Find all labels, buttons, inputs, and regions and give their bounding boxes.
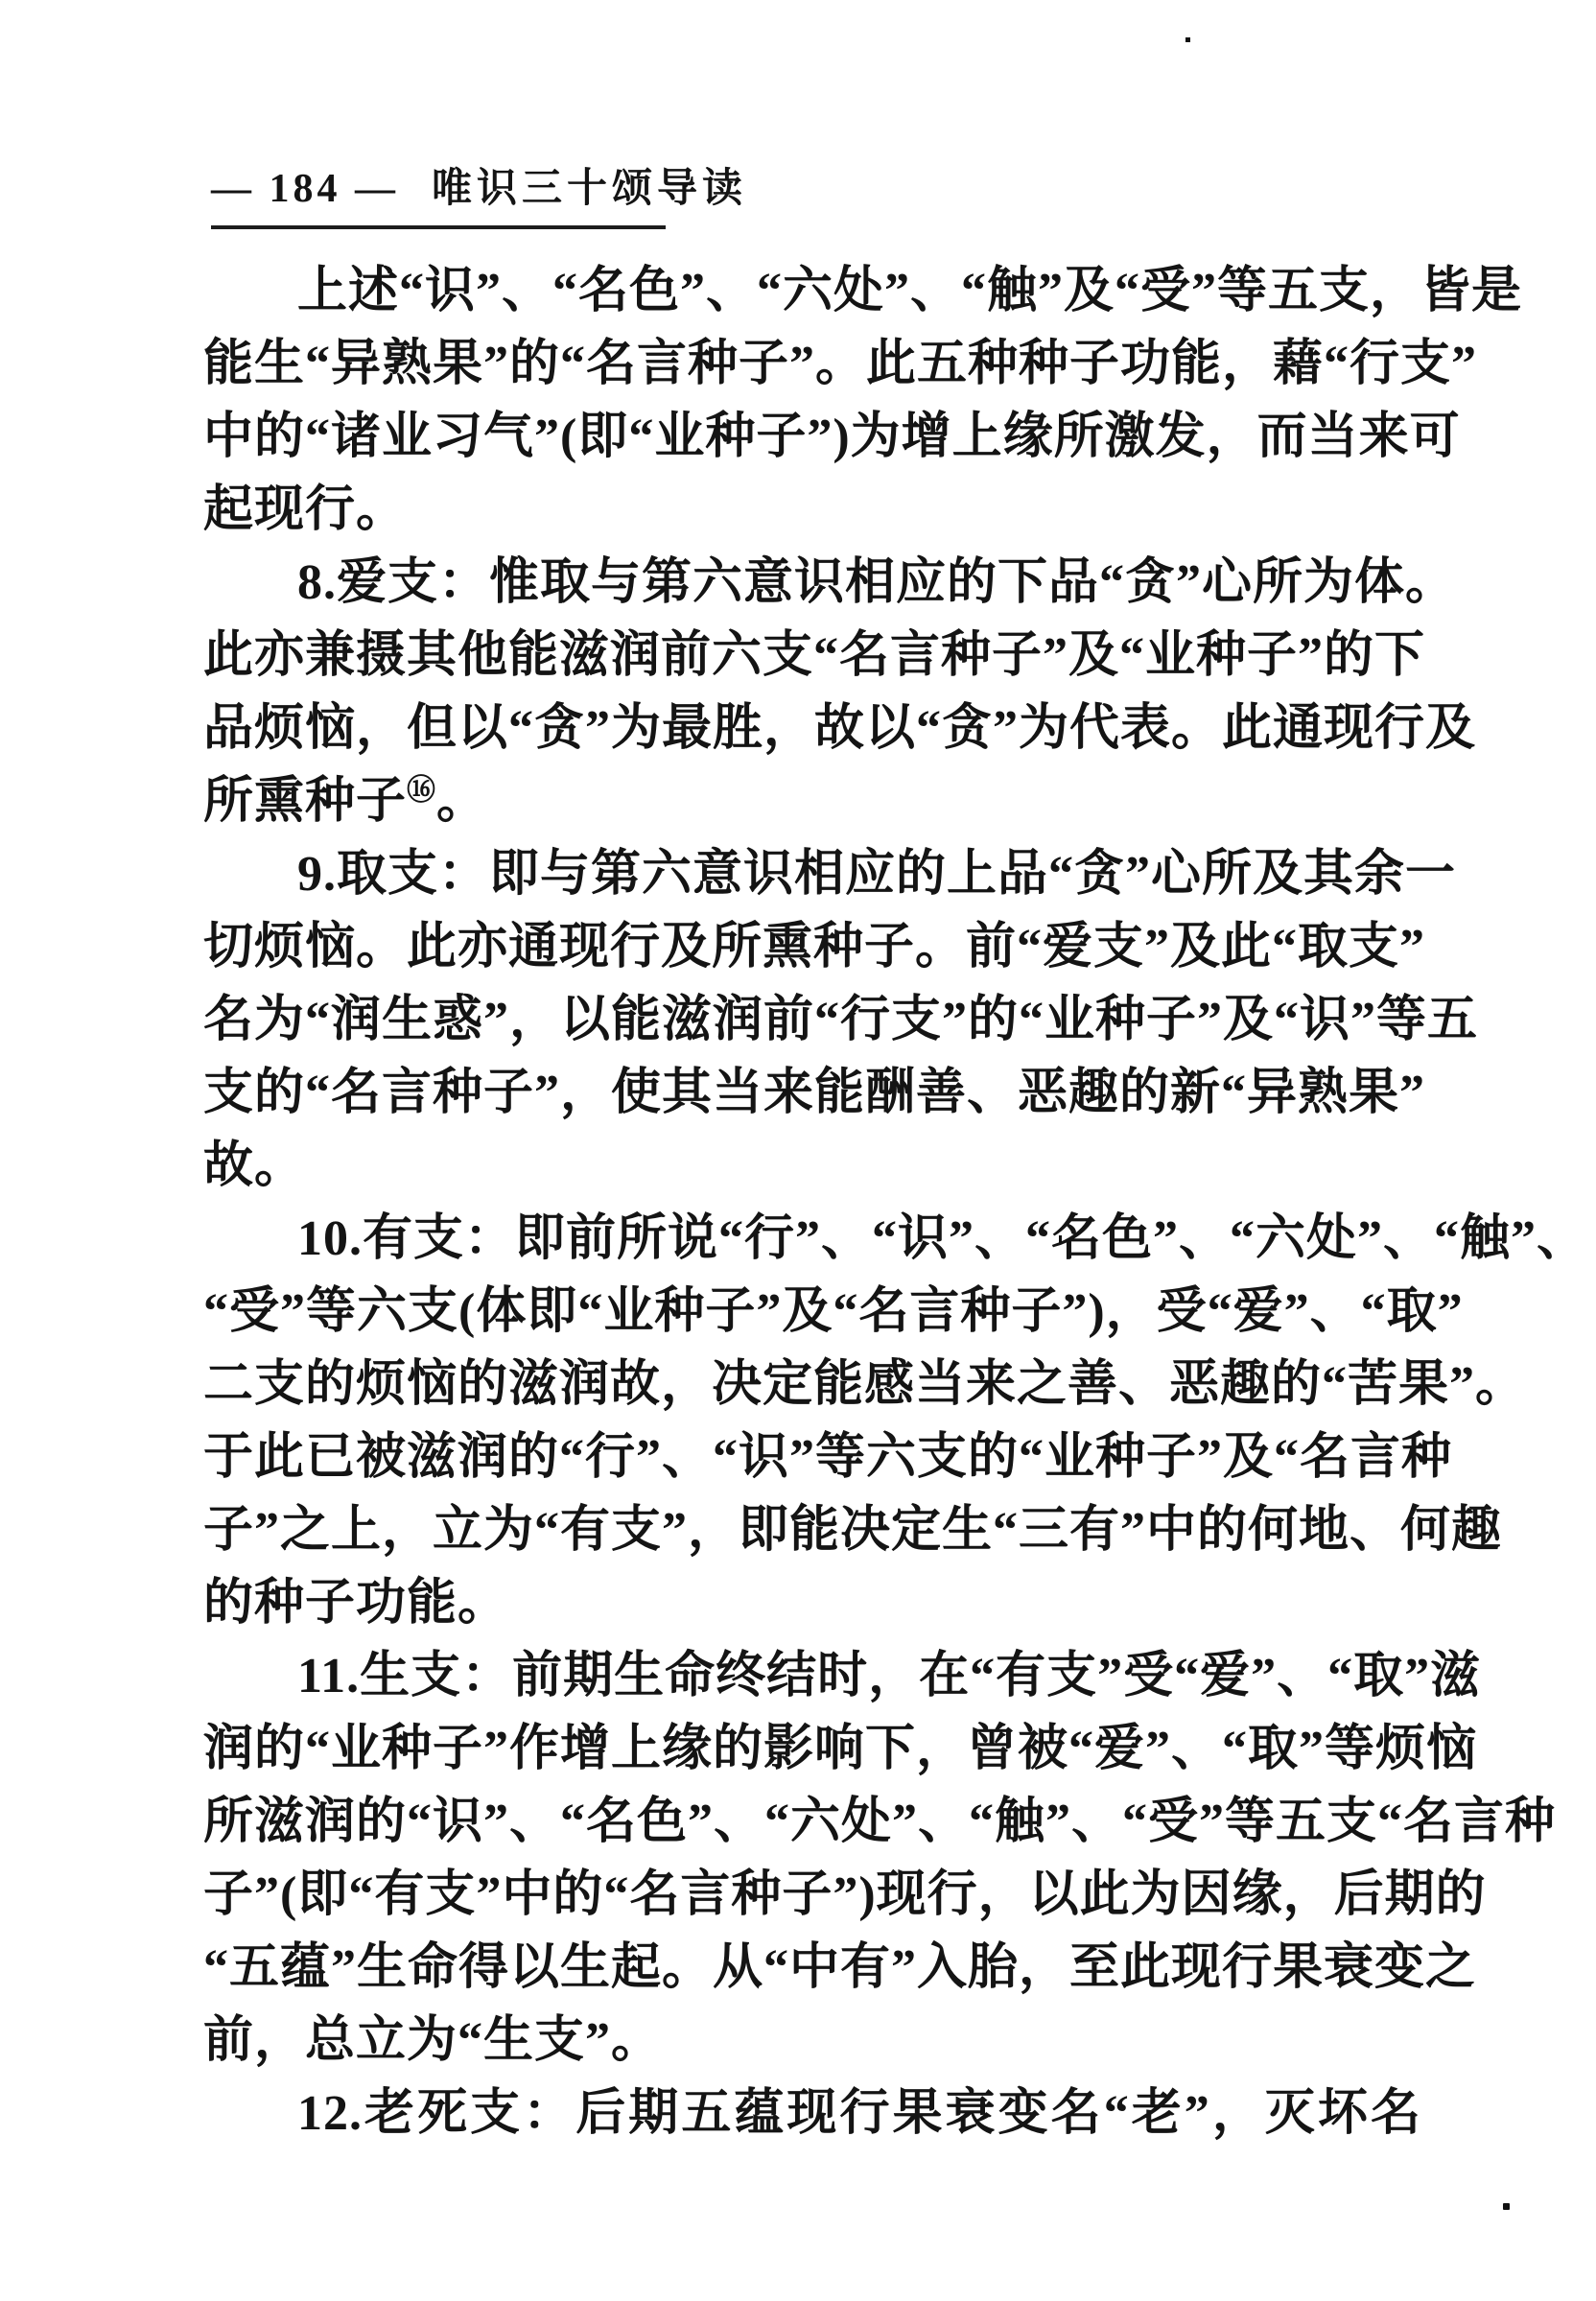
text-line: 名为“润生惑”，以能滋润前“行支”的“业种子”及“识”等五 xyxy=(203,984,1421,1057)
book-title: 唯识三十颂导读 xyxy=(432,156,747,214)
text-line: 12.老死支：后期五蕴现行果衰变名“老”，灭坏名 xyxy=(203,2078,1421,2150)
text-line-with-footnote: 所熏种子⑯。 xyxy=(203,765,1421,838)
footnote-reference: ⑯ xyxy=(407,775,436,807)
body-text: 上述“识”、“名色”、“六处”、“触”及“受”等五支，皆是 能生“异熟果”的“名… xyxy=(203,255,1421,2150)
text-line: “受”等六支(体即“业种子”及“名言种子”)，受“爱”、“取” xyxy=(203,1276,1421,1349)
text-line: 润的“业种子”作增上缘的影响下，曾被“爱”、“取”等烦恼 xyxy=(203,1713,1421,1786)
text-line: 上述“识”、“名色”、“六处”、“触”及“受”等五支，皆是 xyxy=(203,255,1421,328)
text-line: “五蕴”生命得以生起。从“中有”入胎，至此现行果衰变之 xyxy=(203,1932,1421,2005)
text-line: 此亦兼摄其他能滋润前六支“名言种子”及“业种子”的下 xyxy=(203,620,1421,693)
text-segment: 。 xyxy=(436,774,487,829)
text-line: 11.生支：前期生命终结时，在“有支”受“爱”、“取”滋 xyxy=(203,1640,1421,1713)
text-line: 子”(即“有支”中的“名言种子”)现行，以此为因缘，后期的 xyxy=(203,1859,1421,1932)
page-number: — 184 — xyxy=(211,166,399,212)
book-page: — 184 — 唯识三十颂导读 上述“识”、“名色”、“六处”、“触”及“受”等… xyxy=(0,0,1596,2301)
text-line: 9.取支：即与第六意识相应的上品“贪”心所及其余一 xyxy=(203,838,1421,911)
text-line: 品烦恼，但以“贪”为最胜，故以“贪”为代表。此通现行及 xyxy=(203,693,1421,765)
text-line: 支的“名言种子”，使其当来能酬善、恶趣的新“异熟果” xyxy=(203,1057,1421,1130)
text-line: 10.有支：即前所说“行”、“识”、“名色”、“六处”、“触”、 xyxy=(203,1203,1421,1276)
text-line: 起现行。 xyxy=(203,474,1421,547)
running-header: — 184 — 唯识三十颂导读 xyxy=(211,156,666,229)
text-line: 能生“异熟果”的“名言种子”。此五种种子功能，藉“行支” xyxy=(203,328,1421,401)
text-line: 8.爱支：惟取与第六意识相应的下品“贪”心所为体。 xyxy=(203,547,1421,620)
text-segment: 所熏种子 xyxy=(203,774,407,829)
scan-speck xyxy=(1059,1235,1062,1243)
text-line: 于此已被滋润的“行”、“识”等六支的“业种子”及“名言种 xyxy=(203,1421,1421,1494)
text-line: 中的“诸业习气”(即“业种子”)为增上缘所激发，而当来可 xyxy=(203,401,1421,474)
scan-speck xyxy=(1185,37,1190,42)
text-line: 切烦恼。此亦通现行及所熏种子。前“爱支”及此“取支” xyxy=(203,911,1421,984)
text-line: 故。 xyxy=(203,1130,1421,1203)
text-line: 子”之上，立为“有支”，即能决定生“三有”中的何地、何趣 xyxy=(203,1494,1421,1567)
text-line: 二支的烦恼的滋润故，决定能感当来之善、恶趣的“苦果”。 xyxy=(203,1349,1421,1421)
scan-speck xyxy=(1503,2203,1510,2210)
text-line: 前，总立为“生支”。 xyxy=(203,2005,1421,2078)
text-line: 的种子功能。 xyxy=(203,1567,1421,1640)
text-line: 所滋润的“识”、“名色”、“六处”、“触”、“受”等五支“名言种 xyxy=(203,1786,1421,1859)
